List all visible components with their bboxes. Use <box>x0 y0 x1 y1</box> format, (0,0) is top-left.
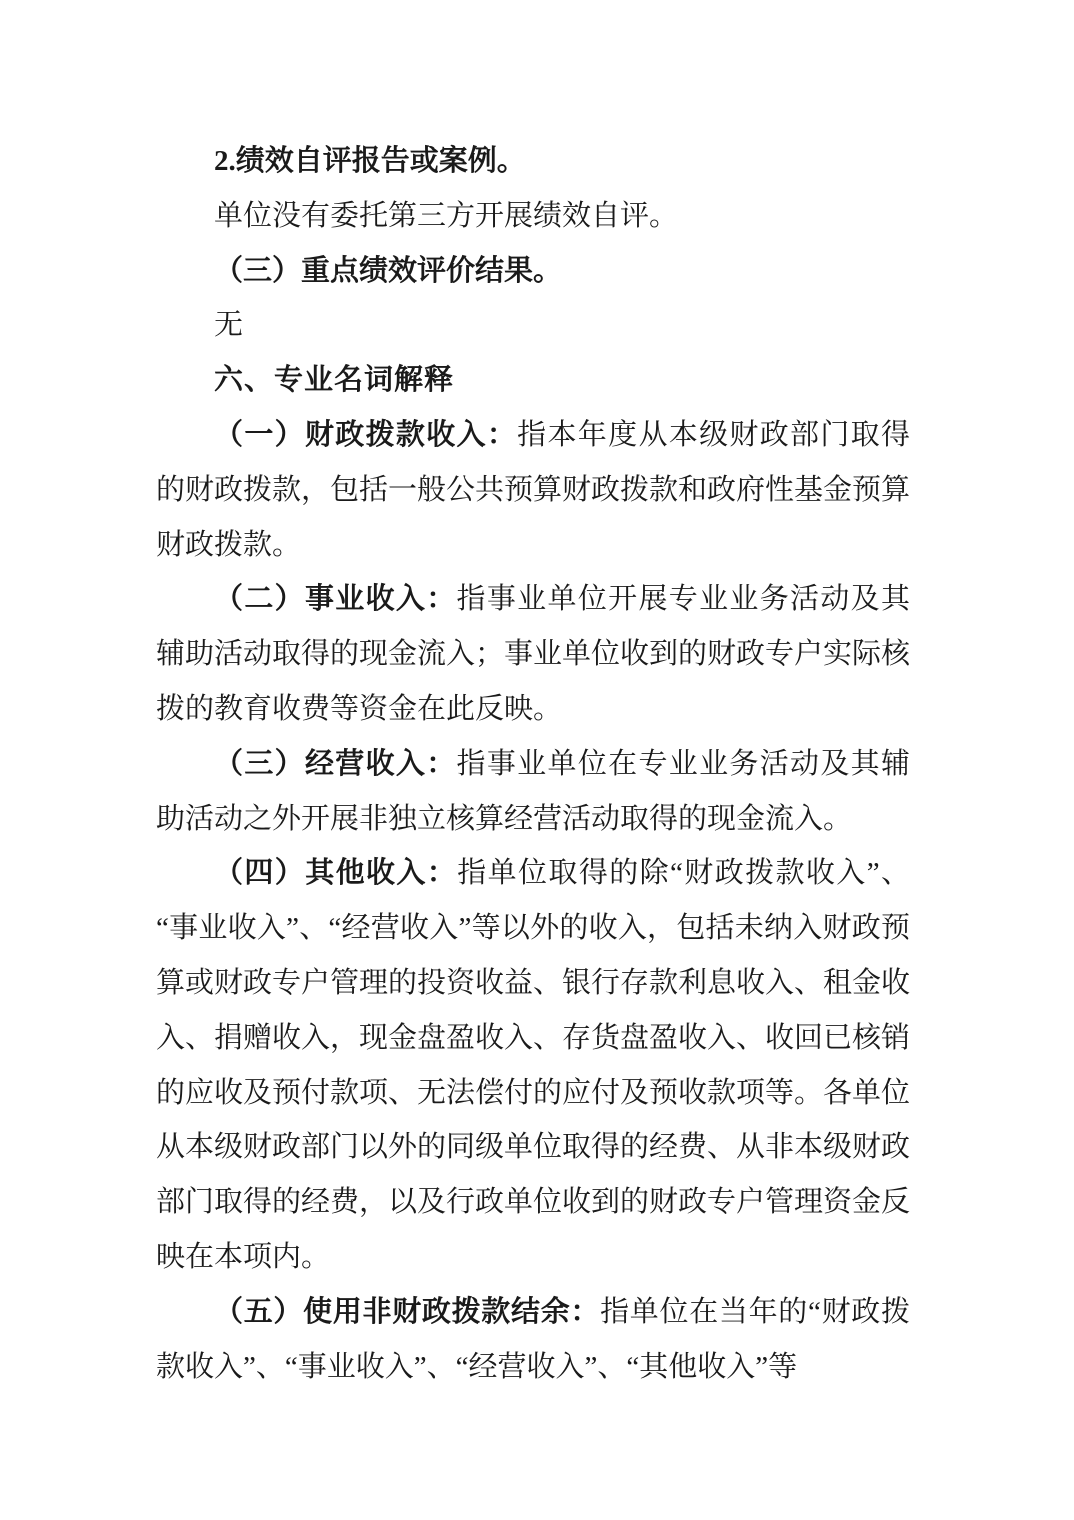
paragraph-self-eval-statement: 单位没有委托第三方开展绩效自评。 <box>156 189 910 244</box>
definition-non-fiscal-surplus: （五）使用非财政拨款结余：指单位在当年的“财政拨款收入”、“事业收入”、“经营收… <box>156 1285 910 1395</box>
definition-operating-income: （三）经营收入：指事业单位在专业业务活动及其辅助活动之外开展非独立核算经营活动取… <box>156 737 910 847</box>
subheading-key-evaluation-result: （三）重点绩效评价结果。 <box>156 244 910 299</box>
paragraph-key-evaluation-result: 无 <box>156 298 910 353</box>
document-page: 2.绩效自评报告或案例。 单位没有委托第三方开展绩效自评。 （三）重点绩效评价结… <box>0 0 1074 1520</box>
definition-business-income: （二）事业收入：指事业单位开展专业业务活动及其辅助活动取得的现金流入；事业单位收… <box>156 572 910 736</box>
definition-other-income: （四）其他收入：指单位取得的除“财政拨款收入”、“事业收入”、“经营收入”等以外… <box>156 846 910 1284</box>
definition-term: （三）经营收入： <box>214 748 457 780</box>
section-heading-terminology: 六、专业名词解释 <box>156 353 910 408</box>
definition-term: （四）其他收入： <box>214 857 457 889</box>
subheading-self-eval-report: 2.绩效自评报告或案例。 <box>156 134 910 189</box>
definition-term: （二）事业收入： <box>214 583 457 615</box>
definition-text: 指单位取得的除“财政拨款收入”、“事业收入”、“经营收入”等以外的收入，包括未纳… <box>156 857 910 1273</box>
definition-term: （五）使用非财政拨款结余： <box>214 1296 600 1328</box>
definition-term: （一）财政拨款收入： <box>214 419 517 451</box>
definition-fiscal-appropriation-income: （一）财政拨款收入：指本年度从本级财政部门取得的财政拨款，包括一般公共预算财政拨… <box>156 408 910 572</box>
